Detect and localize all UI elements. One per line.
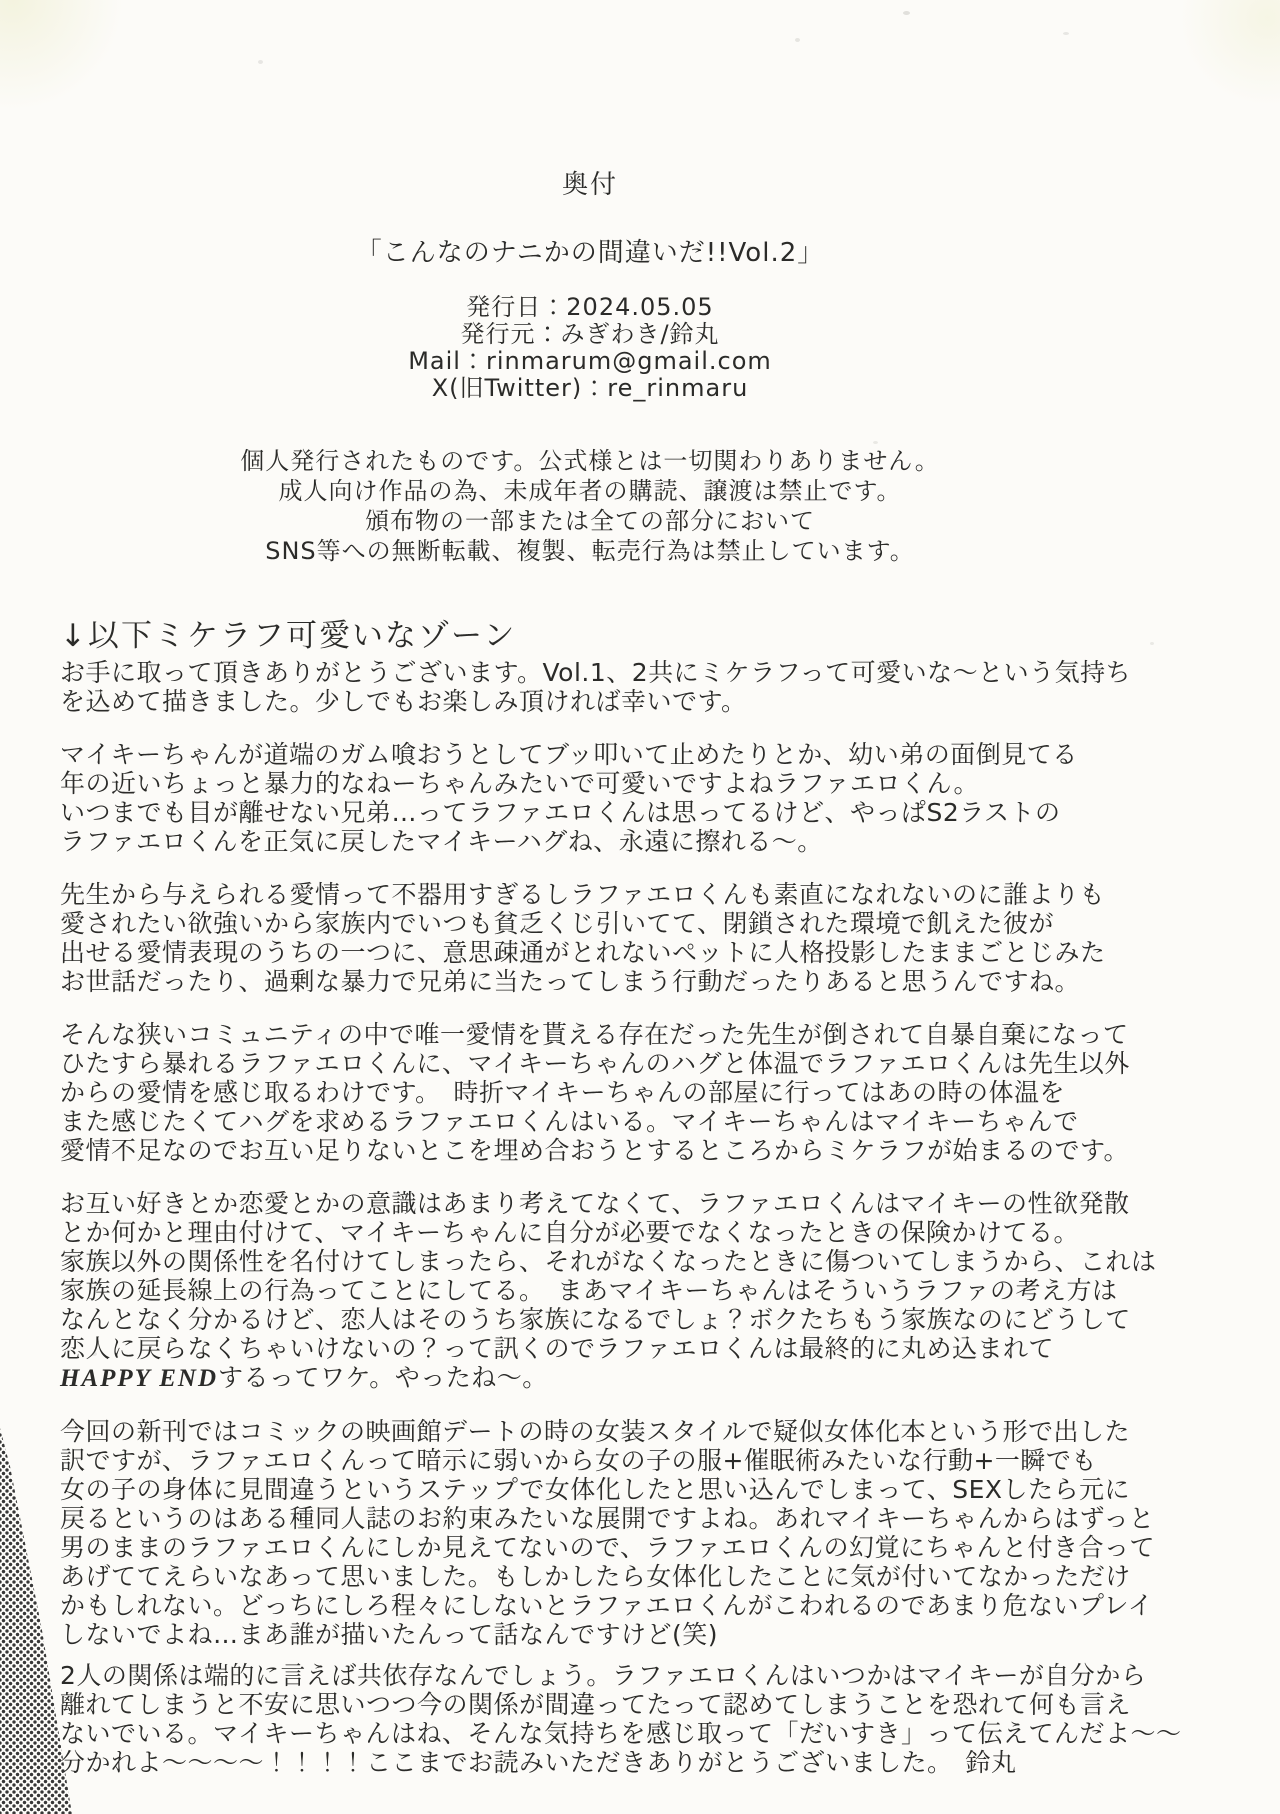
text-line: 恋人に戻らなくちゃいけないの？って訊くのでラファエロくんは最終的に丸め込まれて xyxy=(60,1334,1240,1363)
afterword-paragraph: お手に取って頂きありがとうございます。Vol.1、2共にミケラフって可愛いな〜と… xyxy=(60,658,1240,716)
text-line: かもしれない。どっちにしろ程々にしないとラファエロくんがこわれるのであまり危ない… xyxy=(60,1591,1240,1620)
text-line: お世話だったり、過剰な暴力で兄弟に当たってしまう行動だったりあると思うんですね。 xyxy=(60,967,1240,996)
afterword-paragraph: 2人の関係は端的に言えば共依存なんでしょう。ラファエロくんはいつかはマイキーが自… xyxy=(60,1661,1240,1777)
text-line: 訳ですが、ラファエロくんって暗示に弱いから女の子の服+催眠術みたいな行動+一瞬で… xyxy=(60,1446,1240,1475)
text-line: 成人向け作品の為、未成年者の購読、譲渡は禁止です。 xyxy=(0,476,1180,506)
text-line: そんな狭いコミュニティの中で唯一愛情を貰える存在だった先生が倒されて自暴自棄にな… xyxy=(60,1020,1240,1049)
afterword-paragraph: そんな狭いコミュニティの中で唯一愛情を貰える存在だった先生が倒されて自暴自棄にな… xyxy=(60,1020,1240,1165)
text-line: お手に取って頂きありがとうございます。Vol.1、2共にミケラフって可愛いな〜と… xyxy=(60,658,1240,687)
text-line: 2人の関係は端的に言えば共依存なんでしょう。ラファエロくんはいつかはマイキーが自… xyxy=(60,1661,1240,1690)
text-line: 戻るというのはある種同人誌のお約束みたいな展開ですよね。あれマイキーちゃんからは… xyxy=(60,1504,1240,1533)
text-line: 出せる愛情表現のうちの一つに、意思疎通がとれないペットに人格投影したままごとじみ… xyxy=(60,938,1240,967)
text-line: また感じたくてハグを求めるラファエロくんはいる。マイキーちゃんはマイキーちゃんで xyxy=(60,1107,1240,1136)
text-line: お互い好きとか恋愛とかの意識はあまり考えてなくて、ラファエロくんはマイキーの性欲… xyxy=(60,1189,1240,1218)
text-line: 家族の延長線上の行為ってことにしてる。 まあマイキーちゃんはそういうラファの考え… xyxy=(60,1276,1240,1305)
text-line: 先生から与えられる愛情って不器用すぎるしラファエロくんも素直になれないのに誰より… xyxy=(60,880,1240,909)
text-line: HAPPY ENDするってワケ。やったね〜。 xyxy=(60,1363,1240,1393)
text-line: とか何かと理由付けて、マイキーちゃんに自分が必要でなくなったときの保険かけてる。 xyxy=(60,1218,1240,1247)
text-line: 頒布物の一部または全ての部分において xyxy=(0,506,1180,536)
text-line: しないでよね…まあ誰が描いたんって話なんですけど(笑) xyxy=(60,1620,1240,1649)
text-line: Mail：rinmarum@gmail.com xyxy=(0,348,1180,375)
colophon-block: 奥付 「こんなのナニかの間違いだ!!Vol.2」 発行日：2024.05.05発… xyxy=(0,0,1180,402)
disclaimer-block: 個人発行されたものです。公式様とは一切関わりありません。成人向け作品の為、未成年… xyxy=(0,446,1180,566)
text-line: 年の近いちょっと暴力的なねーちゃんみたいで可愛いですよねラファエロくん。 xyxy=(60,769,1240,798)
text-line: 今回の新刊ではコミックの映画館デートの時の女装スタイルで疑似女体化本という形で出… xyxy=(60,1417,1240,1446)
text-line: 発行日：2024.05.05 xyxy=(0,294,1180,321)
text-line: からの愛情を感じ取るわけです。 時折マイキーちゃんの部屋に行ってはあの時の体温を xyxy=(60,1078,1240,1107)
afterword-paragraph: 先生から与えられる愛情って不器用すぎるしラファエロくんも素直になれないのに誰より… xyxy=(60,880,1240,996)
text-line: あげててえらいなあって思いました。もしかしたら女体化したことに気が付いてなかった… xyxy=(60,1562,1240,1591)
afterword-paragraph: お互い好きとか恋愛とかの意識はあまり考えてなくて、ラファエロくんはマイキーの性欲… xyxy=(60,1189,1240,1393)
happy-end-text: HAPPY END xyxy=(60,1365,218,1392)
scanned-colophon-page: 奥付 「こんなのナニかの間違いだ!!Vol.2」 発行日：2024.05.05発… xyxy=(0,0,1280,1814)
text-line: ないでいる。マイキーちゃんはね、そんな気持ちを感じ取って「だいすき」って伝えてん… xyxy=(60,1719,1240,1748)
text-line: なんとなく分かるけど、恋人はそのうち家族になるでしょ？ボクたちもう家族なのにどう… xyxy=(60,1305,1240,1334)
text-line: 愛されたい欲強いから家族内でいつも貧乏くじ引いてて、閉鎖された環境で飢えた彼が xyxy=(60,909,1240,938)
colophon-title: 奥付 xyxy=(0,170,1180,200)
text-line: ひたすら暴れるラファエロくんに、マイキーちゃんのハグと体温でラファエロくんは先生… xyxy=(60,1049,1240,1078)
text-line: 愛情不足なのでお互い足りないとこを埋め合おうとするところからミケラフが始まるので… xyxy=(60,1136,1240,1165)
text-line: を込めて描きました。少しでもお楽しみ頂ければ幸いです。 xyxy=(60,687,1240,716)
afterword-block: ↓以下ミケラフ可愛いなゾーン お手に取って頂きありがとうございます。Vol.1、… xyxy=(60,616,1240,1777)
noise-speck xyxy=(748,246,752,249)
text-line: 男のままのラファエロくんにしか見えてないので、ラファエロくんの幻覚にちゃんと付き… xyxy=(60,1533,1240,1562)
text-line: SNS等への無断転載、複製、転売行為は禁止しています。 xyxy=(0,536,1180,566)
text-line: 家族以外の関係性を名付けてしまったら、それがなくなったときに傷ついてしまうから、… xyxy=(60,1247,1240,1276)
afterword-paragraph: マイキーちゃんが道端のガム喰おうとしてブッ叩いて止めたりとか、幼い弟の面倒見てる… xyxy=(60,740,1240,856)
text-line: 離れてしまうと不安に思いつつ今の関係が間違ってたって認めてしまうことを恐れて何も… xyxy=(60,1690,1240,1719)
text-line: X(旧Twitter)：re_rinmaru xyxy=(0,375,1180,402)
noise-speck xyxy=(795,38,800,42)
afterword-paragraph: 今回の新刊ではコミックの映画館デートの時の女装スタイルで疑似女体化本という形で出… xyxy=(60,1417,1240,1649)
afterword-paragraphs: お手に取って頂きありがとうございます。Vol.1、2共にミケラフって可愛いな〜と… xyxy=(60,658,1240,1777)
text-line: いつまでも目が離せない兄弟…ってラファエロくんは思ってるけど、やっぱS2ラストの xyxy=(60,798,1240,827)
text-line: 女の子の身体に見間違うというステップで女体化したと思い込んでしまって、SEXした… xyxy=(60,1475,1240,1504)
afterword-heading: ↓以下ミケラフ可愛いなゾーン xyxy=(60,616,1240,656)
noise-speck xyxy=(1150,642,1154,645)
noise-speck xyxy=(92,1352,97,1356)
colophon-pub-lines: 発行日：2024.05.05発行元：みぎわき/鈴丸Mail：rinmarum@g… xyxy=(0,294,1180,402)
book-title: 「こんなのナニかの間違いだ!!Vol.2」 xyxy=(0,238,1180,268)
noise-speck xyxy=(903,11,910,15)
text-line: 分かれよ〜〜〜〜！！！！ここまでお読みいただきありがとうございました。 鈴丸 xyxy=(60,1748,1240,1777)
text-line: 発行元：みぎわき/鈴丸 xyxy=(0,321,1180,348)
noise-speck xyxy=(258,60,263,64)
text-line: ラファエロくんを正気に戻したマイキーハグね、永遠に擦れる〜。 xyxy=(60,827,1240,856)
noise-speck xyxy=(1063,32,1069,35)
text-line: マイキーちゃんが道端のガム喰おうとしてブッ叩いて止めたりとか、幼い弟の面倒見てる xyxy=(60,740,1240,769)
noise-speck xyxy=(873,441,878,444)
disclaimer-lines: 個人発行されたものです。公式様とは一切関わりありません。成人向け作品の為、未成年… xyxy=(0,446,1180,566)
text-line: 個人発行されたものです。公式様とは一切関わりありません。 xyxy=(0,446,1180,476)
